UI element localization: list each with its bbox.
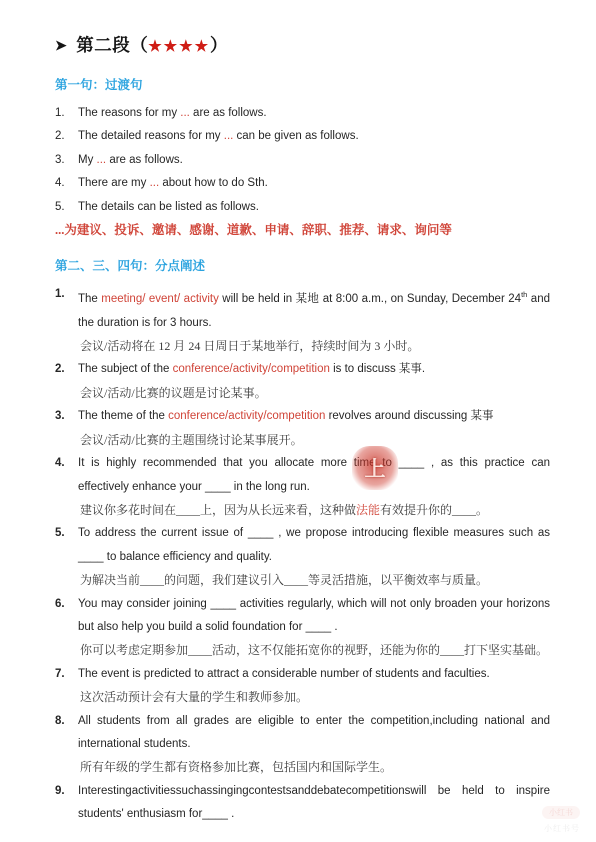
text-segment: . [422, 363, 425, 375]
english-sentence: All students from all grades are eligibl… [78, 710, 550, 757]
chinese-translation: 会议/活动将在 12 月 24 日周日于某地举行，持续时间为 3 小时。 [78, 335, 550, 358]
item-number: 1. [55, 102, 78, 125]
text-segment: are as follows. [106, 154, 183, 166]
text-segment: The detailed reasons for my [78, 130, 224, 142]
title-paren-close: ） [210, 35, 228, 55]
text-segment: can be given as follows. [233, 130, 358, 142]
item-number: 5. [55, 196, 78, 219]
text-segment: 所有年级的学生都有资格参加比赛，包括国内和国际学生。 [80, 760, 392, 774]
text-segment: The [78, 293, 101, 305]
chinese-translation: 为解决当前____的问题，我们建议引入____等灵活措施，以平衡效率与质量。 [78, 569, 550, 592]
list-item: 3.My ... are as follows. [55, 149, 550, 172]
text-segment: My [78, 154, 97, 166]
item-number: 9. [55, 780, 78, 827]
document-page: ➤第二段（★★★★） 第一句：过渡句 1.The reasons for my … [0, 0, 596, 842]
item-body: All students from all grades are eligibl… [78, 710, 550, 780]
english-sentence: The theme of the conference/activity/com… [78, 405, 550, 428]
item-number: 2. [55, 125, 78, 148]
text-segment: You may consider joining ____ activities… [78, 598, 550, 633]
english-sentence: You may consider joining ____ activities… [78, 593, 550, 640]
item-number: 2. [55, 358, 78, 405]
section1-heading: 第一句：过渡句 [55, 75, 550, 93]
item-number: 7. [55, 663, 78, 710]
list-item: 5.To address the current issue of ____ ,… [55, 522, 550, 592]
title-stars: ★★★★ [148, 38, 210, 55]
text-segment: 会议/活动/比赛的议题是讨论某事。 [80, 386, 267, 400]
english-sentence: To address the current issue of ____ , w… [78, 522, 550, 569]
text-segment: about how to do Sth. [159, 177, 268, 189]
item-body: You may consider joining ____ activities… [78, 593, 550, 663]
text-segment: 会议/活动将在 12 月 24 日周日于某地举行，持续时间为 3 小时。 [80, 339, 419, 353]
sentence: The reasons for my ... are as follows. [78, 102, 550, 125]
text-segment: 某事 [471, 410, 494, 422]
text-segment: The subject of the [78, 363, 173, 375]
page-content: ➤第二段（★★★★） 第一句：过渡句 1.The reasons for my … [0, 0, 596, 827]
arrow-bullet-icon: ➤ [55, 37, 67, 53]
item-number: 3. [55, 149, 78, 172]
text-segment: It is highly recommended that you alloca… [78, 457, 550, 492]
item-body: The subject of the conference/activity/c… [78, 358, 550, 405]
text-segment: 这次活动预计会有大量的学生和教师参加。 [80, 690, 308, 704]
list-item: 6.You may consider joining ____ activiti… [55, 593, 550, 663]
chinese-translation: 你可以考虑定期参加____活动，这不仅能拓宽你的视野，还能为你的____打下坚实… [78, 639, 550, 662]
item-number: 4. [55, 172, 78, 195]
highlighted-red-text: conference/activity/competition [173, 363, 330, 375]
section2-heading: 第二、三、四句：分点阐述 [55, 256, 550, 274]
text-segment: The event is predicted to attract a cons… [78, 668, 490, 680]
text-segment: is to discuss [330, 363, 399, 375]
text-segment: at 8:00 a.m., on Sunday, December 24 [319, 293, 521, 305]
item-body: There are my ... about how to do Sth. [78, 172, 550, 195]
highlighted-red-text: 法能 [356, 503, 380, 517]
text-segment: The theme of the [78, 410, 168, 422]
text-segment: To address the current issue of ____ , w… [78, 527, 550, 562]
text-segment: There are my [78, 177, 150, 189]
chinese-translation: 会议/活动/比赛的主题围绕讨论某事展开。 [78, 429, 550, 452]
section-transition-sentences: 第一句：过渡句 1.The reasons for my ... are as … [55, 75, 550, 242]
title-paren-open: （ [130, 35, 148, 55]
english-sentence: It is highly recommended that you alloca… [78, 452, 550, 499]
highlighted-red-text: conference/activity/competition [168, 410, 325, 422]
english-sentence: The subject of the conference/activity/c… [78, 358, 550, 381]
section2-list: 1.The meeting/ event/ activity will be h… [55, 283, 550, 826]
sentence: The details can be listed as follows. [78, 196, 550, 219]
item-number: 4. [55, 452, 78, 522]
english-sentence: Interestingactivitiessuchassingingcontes… [78, 780, 550, 827]
list-item: 7.The event is predicted to attract a co… [55, 663, 550, 710]
list-item: 1.The reasons for my ... are as follows. [55, 102, 550, 125]
item-body: My ... are as follows. [78, 149, 550, 172]
sentence: There are my ... about how to do Sth. [78, 172, 550, 195]
text-segment: Interestingactivitiessuchassingingcontes… [78, 785, 550, 820]
chinese-translation: 这次活动预计会有大量的学生和教师参加。 [78, 686, 550, 709]
item-body: The detailed reasons for my ... can be g… [78, 125, 550, 148]
section-point-elaboration: 第二、三、四句：分点阐述 1.The meeting/ event/ activ… [55, 256, 550, 826]
item-body: To address the current issue of ____ , w… [78, 522, 550, 592]
chinese-translation: 所有年级的学生都有资格参加比赛，包括国内和国际学生。 [78, 756, 550, 779]
list-item: 3.The theme of the conference/activity/c… [55, 405, 550, 452]
highlighted-red-text: ... [150, 177, 160, 189]
sentence: My ... are as follows. [78, 149, 550, 172]
section1-red-note: ...为建议、投诉、邀请、感谢、道歉、申请、辞职、推荐、请求、询问等 [55, 219, 550, 242]
item-body: The meeting/ event/ activity will be hel… [78, 283, 550, 358]
chinese-translation: 建议你多花时间在____上，因为从长远来看，这种做法能有效提升你的____。 [78, 499, 550, 522]
item-body: The details can be listed as follows. [78, 196, 550, 219]
text-segment: 建议你多花时间在____上，因为从长远来看，这种做 [80, 503, 356, 517]
page-title: ➤第二段（★★★★） [55, 32, 550, 57]
item-body: The reasons for my ... are as follows. [78, 102, 550, 125]
list-item: 5.The details can be listed as follows. [55, 196, 550, 219]
text-segment: 为解决当前____的问题，我们建议引入____等灵活措施，以平衡效率与质量。 [80, 573, 488, 587]
text-segment: The reasons for my [78, 107, 180, 119]
item-number: 3. [55, 405, 78, 452]
text-segment: 某地 [296, 293, 320, 305]
item-number: 8. [55, 710, 78, 780]
list-item: 9.Interestingactivitiessuchassingingcont… [55, 780, 550, 827]
highlighted-red-text: ... [97, 154, 107, 166]
text-segment: 某事 [399, 363, 422, 375]
list-item: 8.All students from all grades are eligi… [55, 710, 550, 780]
text-segment: 你可以考虑定期参加____活动，这不仅能拓宽你的视野，还能为你的____打下坚实… [80, 643, 548, 657]
list-item: 4.It is highly recommended that you allo… [55, 452, 550, 522]
item-number: 6. [55, 593, 78, 663]
item-body: The event is predicted to attract a cons… [78, 663, 550, 710]
title-text: 第二段 [76, 35, 130, 55]
item-body: It is highly recommended that you alloca… [78, 452, 550, 522]
english-sentence: The meeting/ event/ activity will be hel… [78, 283, 550, 335]
text-segment: All students from all grades are eligibl… [78, 715, 550, 750]
item-body: The theme of the conference/activity/com… [78, 405, 550, 452]
text-segment: 会议/活动/比赛的主题围绕讨论某事展开。 [80, 433, 303, 447]
item-body: Interestingactivitiessuchassingingcontes… [78, 780, 550, 827]
list-item: 4.There are my ... about how to do Sth. [55, 172, 550, 195]
highlighted-red-text: ... [224, 130, 234, 142]
item-number: 5. [55, 522, 78, 592]
highlighted-red-text: ... [180, 107, 190, 119]
highlighted-red-text: meeting/ event/ activity [101, 293, 219, 305]
item-number: 1. [55, 283, 78, 358]
text-segment: are as follows. [190, 107, 267, 119]
list-item: 1.The meeting/ event/ activity will be h… [55, 283, 550, 358]
text-segment: will be held in [219, 293, 296, 305]
text-segment: The details can be listed as follows. [78, 201, 259, 213]
list-item: 2.The detailed reasons for my ... can be… [55, 125, 550, 148]
sentence: The detailed reasons for my ... can be g… [78, 125, 550, 148]
text-segment: revolves around discussing [325, 410, 470, 422]
text-segment: 有效提升你的____。 [380, 503, 488, 517]
section1-list: 1.The reasons for my ... are as follows.… [55, 102, 550, 219]
english-sentence: The event is predicted to attract a cons… [78, 663, 550, 686]
list-item: 2.The subject of the conference/activity… [55, 358, 550, 405]
chinese-translation: 会议/活动/比赛的议题是讨论某事。 [78, 382, 550, 405]
